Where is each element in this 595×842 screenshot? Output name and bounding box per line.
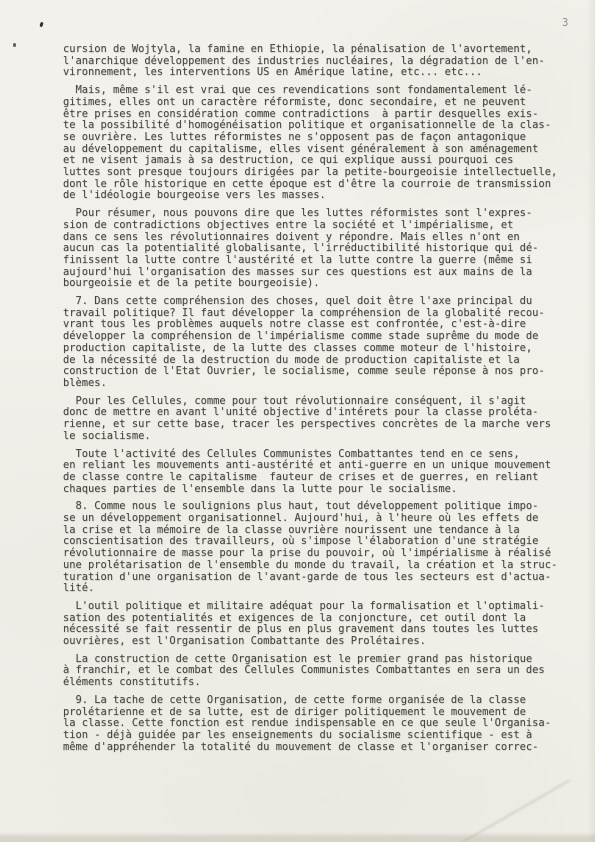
paragraph: Toute l'activité des Cellules Communiste…: [63, 449, 575, 496]
ink-speck: [13, 43, 16, 47]
paragraph-section-7: 7. Dans cette compréhension des choses, …: [63, 296, 575, 390]
scanned-document-page: 3 cursion de Wojtyla, la famine en Ethio…: [0, 0, 595, 842]
paragraph-section-9: 9. La tache de cette Organisation, de ce…: [63, 695, 575, 754]
paragraph-continuation: cursion de Wojtyla, la famine en Ethiopi…: [63, 44, 575, 79]
scan-edge-shade: [587, 0, 595, 842]
paragraph: Pour les Cellules, comme pour tout révol…: [63, 396, 575, 443]
paragraph: L'outil politique et militaire adéquat p…: [63, 601, 575, 648]
paragraph: Pour résumer, nous pouvons dire que les …: [63, 208, 575, 290]
paragraph: Mais, même s'il est vrai que ces revendi…: [63, 85, 575, 202]
page-number: 3: [562, 17, 569, 29]
paragraph: La construction de cette Organisation es…: [63, 654, 575, 689]
document-text: cursion de Wojtyla, la famine en Ethiopi…: [63, 44, 575, 759]
ink-speck: [39, 22, 43, 28]
paragraph-section-8: 8. Comme nous le soulignions plus haut, …: [63, 501, 575, 595]
scan-bottom-edge: [0, 832, 595, 842]
